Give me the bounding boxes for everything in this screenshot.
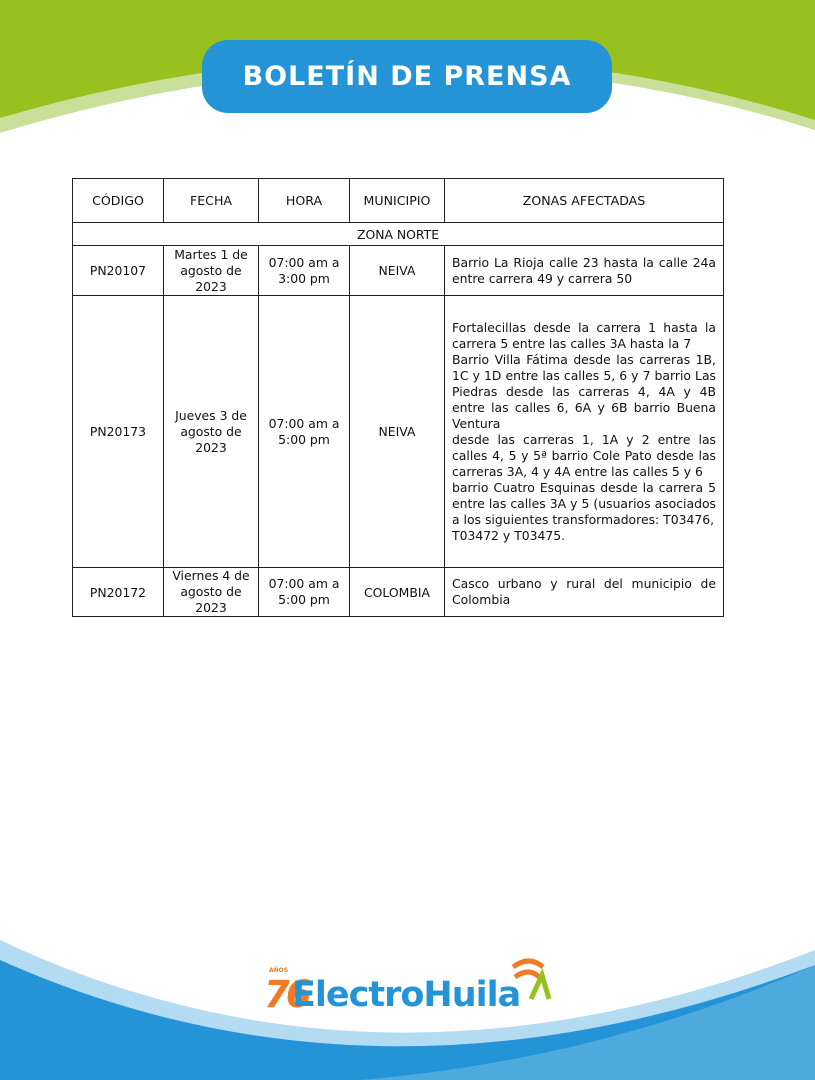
zonas-cell: Barrio La Rioja calle 23 hasta la calle … <box>445 246 724 296</box>
col-zonas: ZONAS AFECTADAS <box>445 179 724 223</box>
zona-line: Fortalecillas desde la carrera 1 hasta l… <box>452 320 716 352</box>
hora-cell: 07:00 am a 3:00 pm <box>259 246 350 296</box>
hora-cell: 07:00 am a 5:00 pm <box>259 568 350 617</box>
zona-line: desde las carreras 1, 1A y 2 entre las c… <box>452 432 716 480</box>
municipio-cell: NEIVA <box>350 246 445 296</box>
municipio-cell: NEIVA <box>350 296 445 568</box>
zona-line: Casco urbano y rural del municipio de Co… <box>452 576 716 608</box>
zona-line: Barrio Villa Fátima desde las carreras 1… <box>452 352 716 432</box>
hora-cell: 07:00 am a 5:00 pm <box>259 296 350 568</box>
table-row: PN20172 Viernes 4 de agosto de 2023 07:0… <box>73 568 724 617</box>
page-title: BOLETÍN DE PRENSA <box>202 40 612 113</box>
fecha-cell: Jueves 3 de agosto de 2023 <box>164 296 259 568</box>
zona-line: Barrio La Rioja calle 23 hasta la calle … <box>452 255 716 287</box>
col-hora: HORA <box>259 179 350 223</box>
electrohuila-logo: AÑOS 76 ElectroHuila <box>264 955 564 1025</box>
zona-line: barrio Cuatro Esquinas desde la carrera … <box>452 480 716 528</box>
zonas-cell: Casco urbano y rural del municipio de Co… <box>445 568 724 617</box>
municipio-cell: COLOMBIA <box>350 568 445 617</box>
col-fecha: FECHA <box>164 179 259 223</box>
zonas-cell: Fortalecillas desde la carrera 1 hasta l… <box>445 296 724 568</box>
table-row: PN20173 Jueves 3 de agosto de 2023 07:00… <box>73 296 724 568</box>
fecha-cell: Martes 1 de agosto de 2023 <box>164 246 259 296</box>
codigo-cell: PN20173 <box>73 296 164 568</box>
fecha-cell: Viernes 4 de agosto de 2023 <box>164 568 259 617</box>
zone-label: ZONA NORTE <box>73 223 724 246</box>
table-header-row: CÓDIGO FECHA HORA MUNICIPIO ZONAS AFECTA… <box>73 179 724 223</box>
table-row: PN20107 Martes 1 de agosto de 2023 07:00… <box>73 246 724 296</box>
affected-zones-table: CÓDIGO FECHA HORA MUNICIPIO ZONAS AFECTA… <box>72 178 724 617</box>
signal-icon <box>509 955 554 1003</box>
zone-row: ZONA NORTE <box>73 223 724 246</box>
col-municipio: MUNICIPIO <box>350 179 445 223</box>
logo-name: ElectroHuila <box>292 975 520 1015</box>
col-codigo: CÓDIGO <box>73 179 164 223</box>
zona-line: T03472 y T03475. <box>452 528 716 544</box>
codigo-cell: PN20172 <box>73 568 164 617</box>
codigo-cell: PN20107 <box>73 246 164 296</box>
